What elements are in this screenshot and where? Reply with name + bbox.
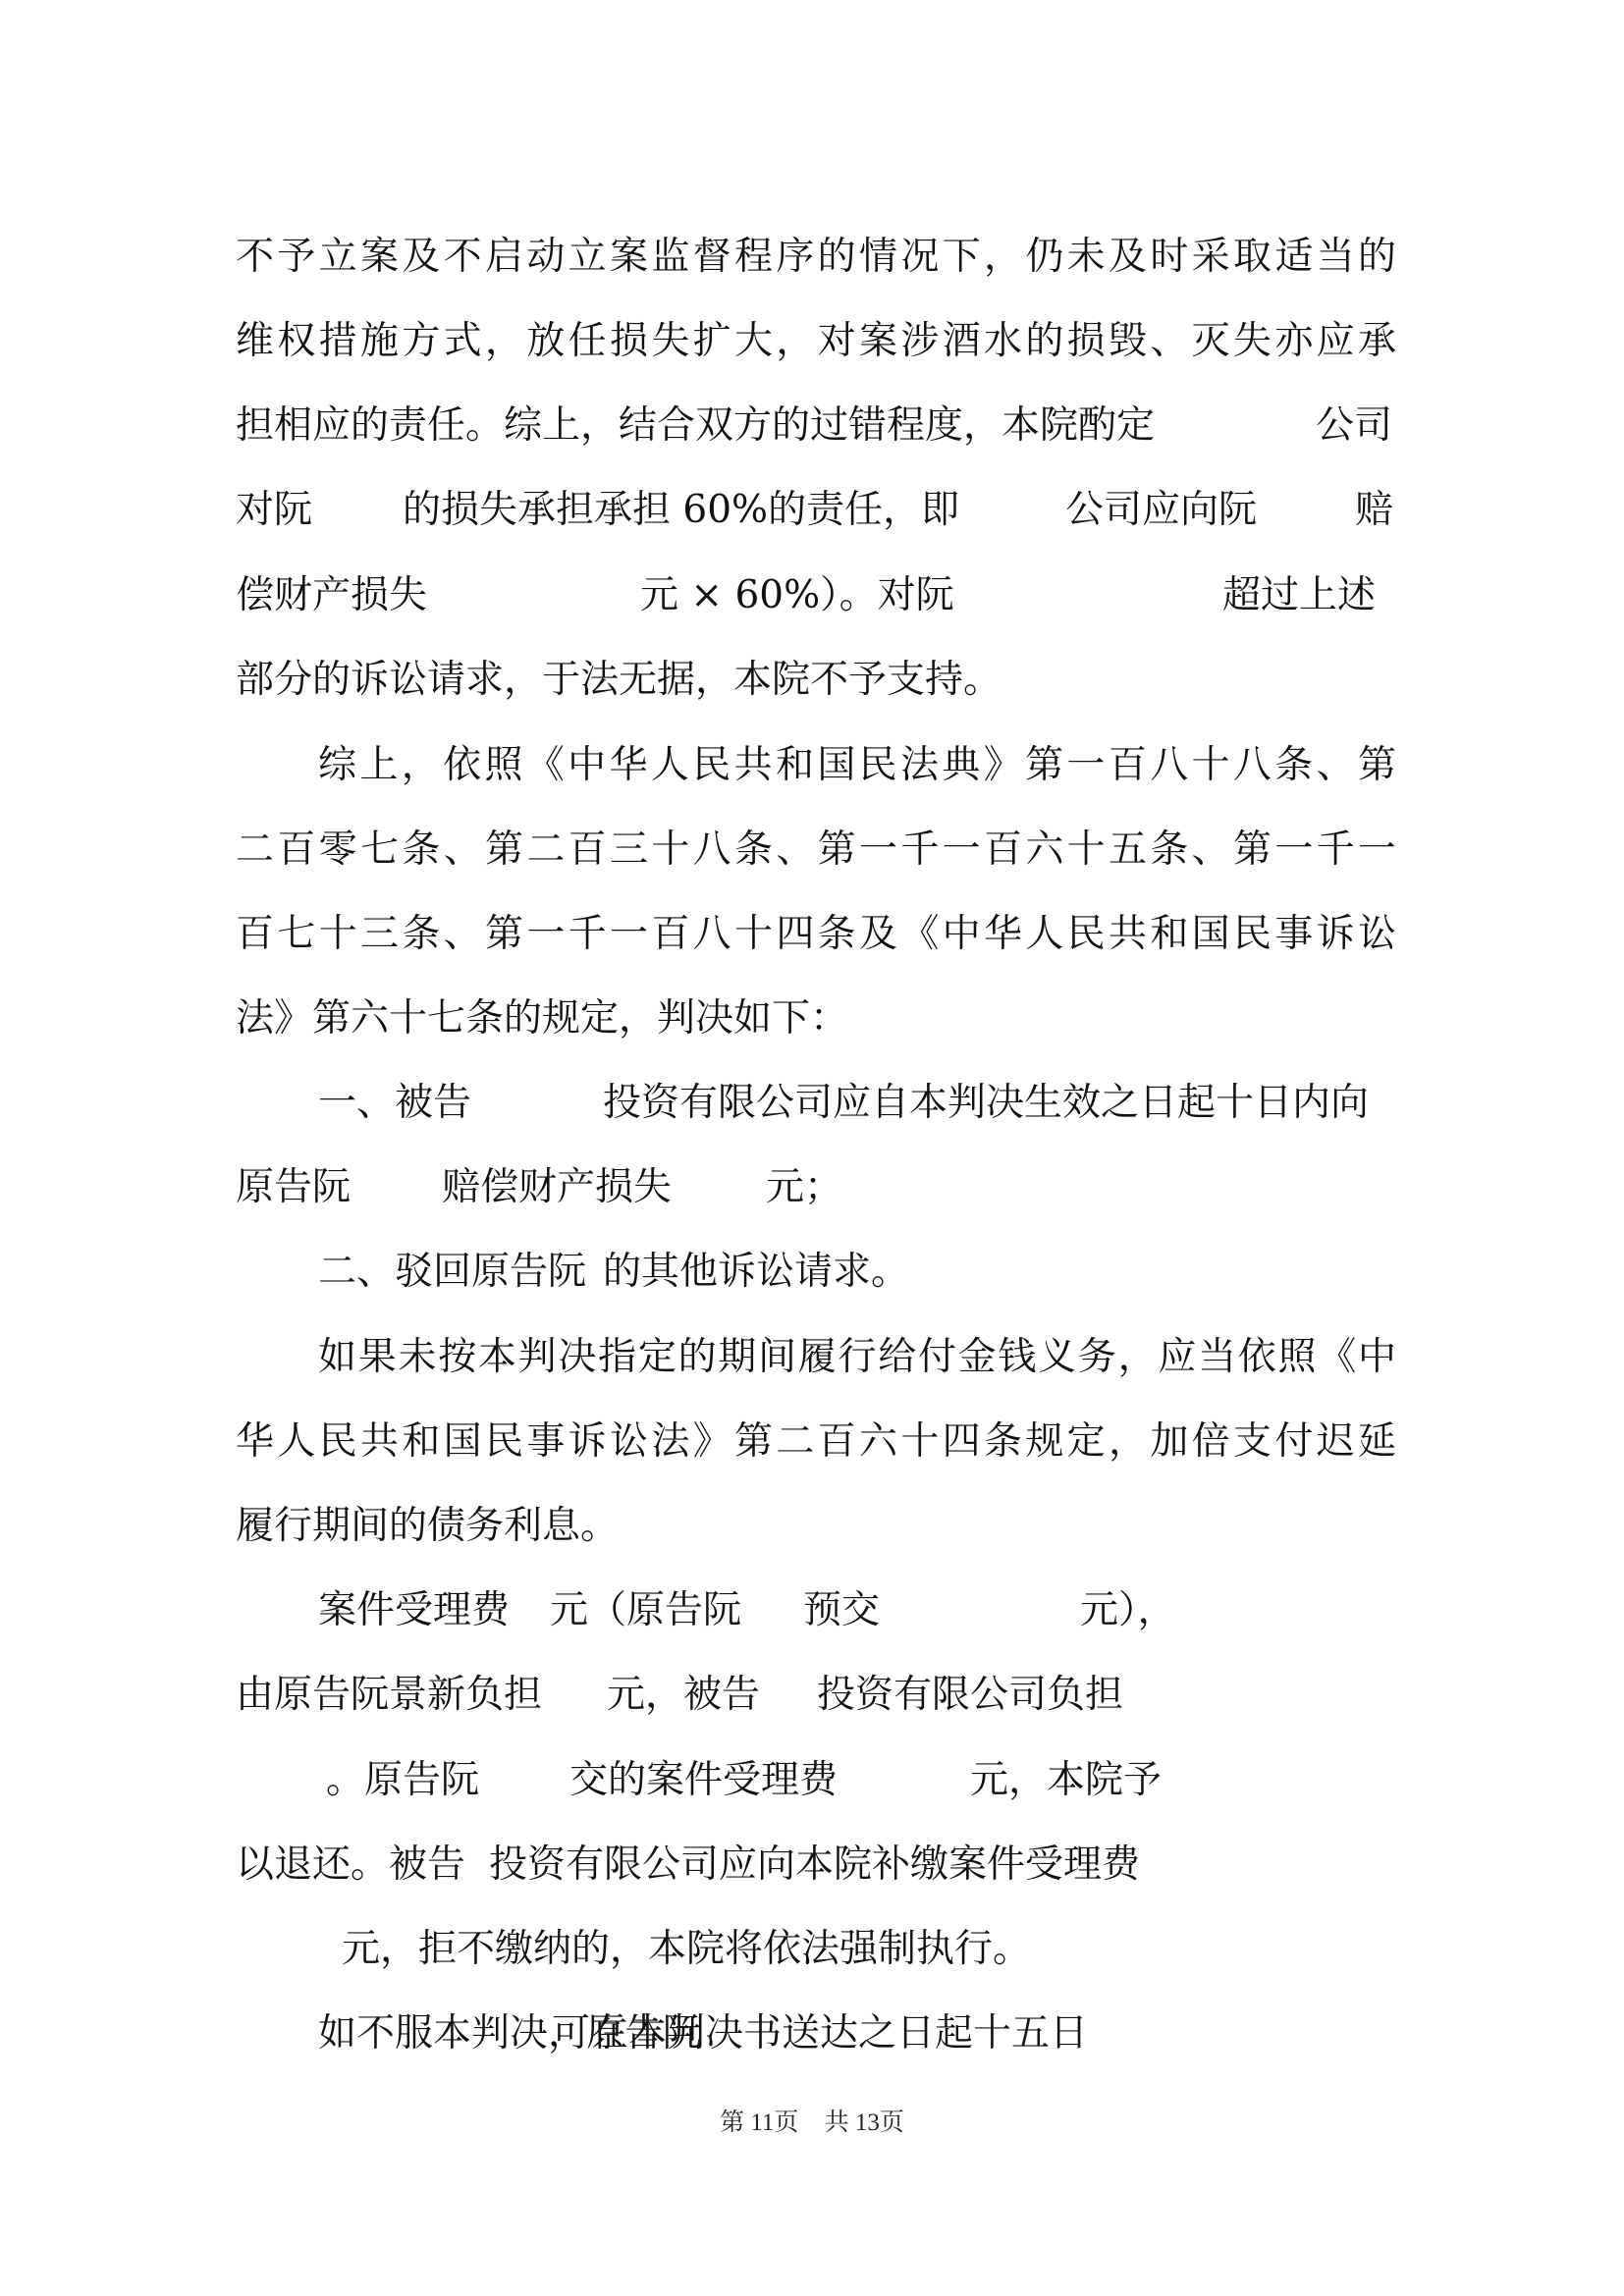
text-segment: 元，本院予 <box>970 1751 1162 1810</box>
text-segment: 元（原告阮 <box>550 1581 741 1640</box>
page-total: 共 13页 <box>825 2109 904 2136</box>
page-footer: 第 11页 共 13页 <box>0 2103 1624 2138</box>
text-segment: 公司应向阮 <box>1065 481 1257 540</box>
text-segment: 原告阮 <box>236 1158 351 1217</box>
text-segment: 公司 <box>1316 397 1392 455</box>
text-segment: 元，拒不缴纳的，本院将依法强制执行。 <box>342 1920 1031 1979</box>
text-line: 履行期间的债务利息。 <box>236 1497 1396 1556</box>
text-line: 综上，依照《中华人民共和国民法典》第一百八十八条、第 <box>236 736 1396 795</box>
text-line: 担相应的责任。综上，结合双方的过错程度，本院酌定公司 <box>236 397 1396 455</box>
text-segment: 元； <box>766 1158 842 1217</box>
text-segment: 华人民共和国民事诉讼法》第二百六十四条规定，加倍支付迟延 <box>236 1413 1399 1471</box>
text-segment: 的其他诉讼请求。 <box>603 1243 909 1302</box>
text-line: 一、被告投资有限公司应自本判决生效之日起十日内向 <box>236 1074 1396 1133</box>
text-segment: 由原告阮景新负担 <box>236 1666 542 1725</box>
text-line: 二百零七条、第二百三十八条、第一千一百六十五条、第一千一 <box>236 821 1396 880</box>
text-line: 原告阮赔偿财产损失元； <box>236 1158 1396 1217</box>
text-line: 华人民共和国民事诉讼法》第二百六十四条规定，加倍支付迟延 <box>236 1413 1396 1471</box>
text-line: 由原告阮景新负担元，被告投资有限公司负担 <box>236 1666 1396 1725</box>
text-segment: 投资有限公司负担 <box>817 1666 1123 1725</box>
text-segment: 。原告阮 <box>326 1751 479 1810</box>
text-line: 百七十三条、第一千一百八十四条及《中华人民共和国民事诉讼 <box>236 905 1396 964</box>
text-segment: 投资有限公司应自本判决生效之日起十日内向 <box>603 1074 1369 1133</box>
text-segment: 投资有限公司应向本院补缴案件受理费 <box>489 1836 1140 1895</box>
text-line: 如不服本判决，原告阮可在本判决书送达之日起十五日 <box>236 2004 1396 2063</box>
text-line: 元，拒不缴纳的，本院将依法强制执行。 <box>236 1920 1396 1979</box>
text-line: 部分的诉讼请求，于法无据，本院不予支持。 <box>236 651 1396 710</box>
text-segment: 案件受理费 <box>318 1581 510 1640</box>
text-line: 对阮的损失承担承担 60%的责任，即公司应向阮赔 <box>236 481 1396 540</box>
text-segment: 维权措施方式，放任损失扩大，对案涉酒水的损毁、灭失亦应承 <box>236 312 1399 371</box>
page-number: 第 11页 <box>720 2109 798 2136</box>
text-segment: 以退还。被告 <box>236 1836 465 1895</box>
text-segment: 二、驳回原告阮 <box>318 1243 586 1302</box>
text-segment: 担相应的责任。综上，结合双方的过错程度，本院酌定 <box>236 397 1155 455</box>
text-segment: 二百零七条、第二百三十八条、第一千一百六十五条、第一千一 <box>236 821 1399 880</box>
text-segment: 偿财产损失 <box>236 566 427 625</box>
text-segment: 百七十三条、第一千一百八十四条及《中华人民共和国民事诉讼 <box>236 905 1399 964</box>
text-segment: 综上，依照《中华人民共和国民法典》第一百八十八条、第 <box>318 736 1399 795</box>
text-segment: 对阮 <box>236 481 312 540</box>
text-segment: 不予立案及不启动立案监督程序的情况下，仍未及时采取适当的 <box>236 228 1399 287</box>
text-line: 维权措施方式，放任损失扩大，对案涉酒水的损毁、灭失亦应承 <box>236 312 1396 371</box>
text-segment: 赔偿财产损失 <box>442 1158 672 1217</box>
text-segment: 赔 <box>1355 481 1393 540</box>
text-segment: 履行期间的债务利息。 <box>236 1497 619 1556</box>
text-line: 以退还。被告投资有限公司应向本院补缴案件受理费 <box>236 1836 1396 1895</box>
text-line: 案件受理费元（原告阮预交元）， <box>236 1581 1396 1640</box>
text-segment: 如果未按本判决指定的期间履行给付金钱义务，应当依照《中 <box>318 1328 1398 1387</box>
text-segment: 可在本判决书送达之日起十五日 <box>552 2004 1088 2063</box>
text-segment: 元，被告 <box>607 1666 760 1725</box>
text-segment: 部分的诉讼请求，于法无据，本院不予支持。 <box>236 651 1001 710</box>
text-segment: 超过上述 <box>1222 566 1376 625</box>
text-line: 如果未按本判决指定的期间履行给付金钱义务，应当依照《中 <box>236 1328 1396 1387</box>
text-segment: 法》第六十七条的规定，判决如下： <box>236 989 848 1048</box>
text-line: 二、驳回原告阮的其他诉讼请求。 <box>236 1243 1396 1302</box>
document-page: 不予立案及不启动立案监督程序的情况下，仍未及时采取适当的维权措施方式，放任损失扩… <box>0 0 1624 2296</box>
text-segment: 元 × 60%）。对阮 <box>640 566 954 625</box>
text-line: 法》第六十七条的规定，判决如下： <box>236 989 1396 1048</box>
text-line: 不予立案及不启动立案监督程序的情况下，仍未及时采取适当的 <box>236 228 1396 287</box>
text-line: 偿财产损失元 × 60%）。对阮超过上述 <box>236 566 1396 625</box>
text-segment: 一、被告 <box>318 1074 471 1133</box>
text-segment: 元）， <box>1080 1581 1176 1640</box>
text-segment: 交的案件受理费 <box>569 1751 838 1810</box>
text-segment: 预交 <box>803 1581 880 1640</box>
text-line: 。原告阮交的案件受理费元，本院予 <box>236 1751 1396 1810</box>
text-segment: 的损失承担承担 60%的责任，即 <box>403 481 959 540</box>
